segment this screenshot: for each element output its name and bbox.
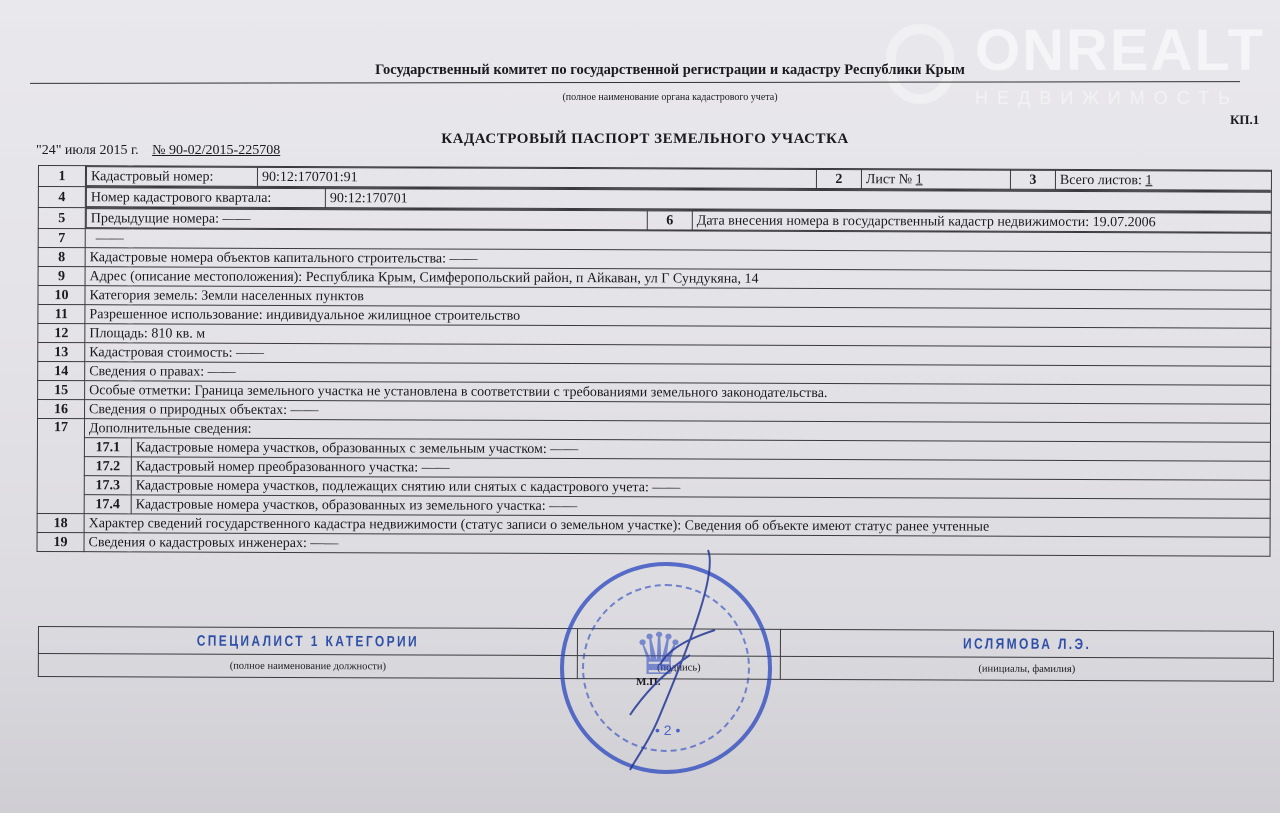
row-number: 3 [1010,170,1055,189]
org-name: Государственный комитет по государственн… [30,62,1280,79]
position-caption: (полное наименование должности) [38,654,577,679]
document-number: № 90-02/2015-225708 [152,143,280,158]
row-number: 4 [38,187,85,208]
row-number: 9 [38,267,85,286]
row-number: 8 [38,248,85,267]
row-number: 1 [38,166,85,187]
registration-date: Дата внесения номера в государственный к… [692,211,1271,232]
row-number: 18 [37,513,84,532]
document-date-line: "24" июля 2015 г. № 90-02/2015-225708 [36,143,280,159]
total-sheets: Всего листов: 1 [1055,170,1271,190]
name-cell: ИСЛЯМОВА Л.Э. [780,629,1273,658]
name-stamp: ИСЛЯМОВА Л.Э. [963,635,1091,652]
position-cell: СПЕЦИАЛИСТ 1 КАТЕГОРИИ [38,627,577,656]
quarter-number-label: Номер кадастрового квартала: [86,188,325,208]
row-number: 11 [38,305,85,324]
form-code: КП.1 [1230,112,1259,128]
handwritten-signature-icon [590,545,730,775]
previous-numbers: Предыдущие номера: —— [86,209,647,230]
row-number: 2 [816,169,861,188]
row-number: 7 [38,229,85,248]
row-number: 17.4 [84,495,131,514]
row-number: 17 [37,419,84,514]
row-number: 10 [38,286,85,305]
row-number: 17.2 [84,457,131,476]
document-date: "24" июля 2015 г. [36,143,139,158]
cadastral-number-label: Кадастровый номер: [86,167,257,187]
row-number: 12 [38,324,85,343]
row-number: 17.3 [84,476,131,495]
row-number: 13 [38,343,85,362]
position-stamp: СПЕЦИАЛИСТ 1 КАТЕГОРИИ [197,632,419,650]
row-number: 19 [37,532,84,551]
sheet-number: Лист № 1 [861,170,1010,190]
row-number: 6 [647,211,692,230]
cadastral-number-value: 90:12:170701:91 [257,167,816,188]
row-number: 16 [38,400,85,419]
name-caption: (инициалы, фамилия) [780,656,1273,681]
org-caption: (полное наименование органа кадастрового… [30,92,1280,103]
row-number: 17.1 [84,438,131,457]
row-number: 14 [38,362,85,381]
row-number: 15 [38,381,85,400]
passport-table: 1 Кадастровый номер: 90:12:170701:91 2 Л… [37,165,1272,557]
quarter-number-value: 90:12:170701 [325,189,1271,212]
row-number: 5 [38,208,85,229]
